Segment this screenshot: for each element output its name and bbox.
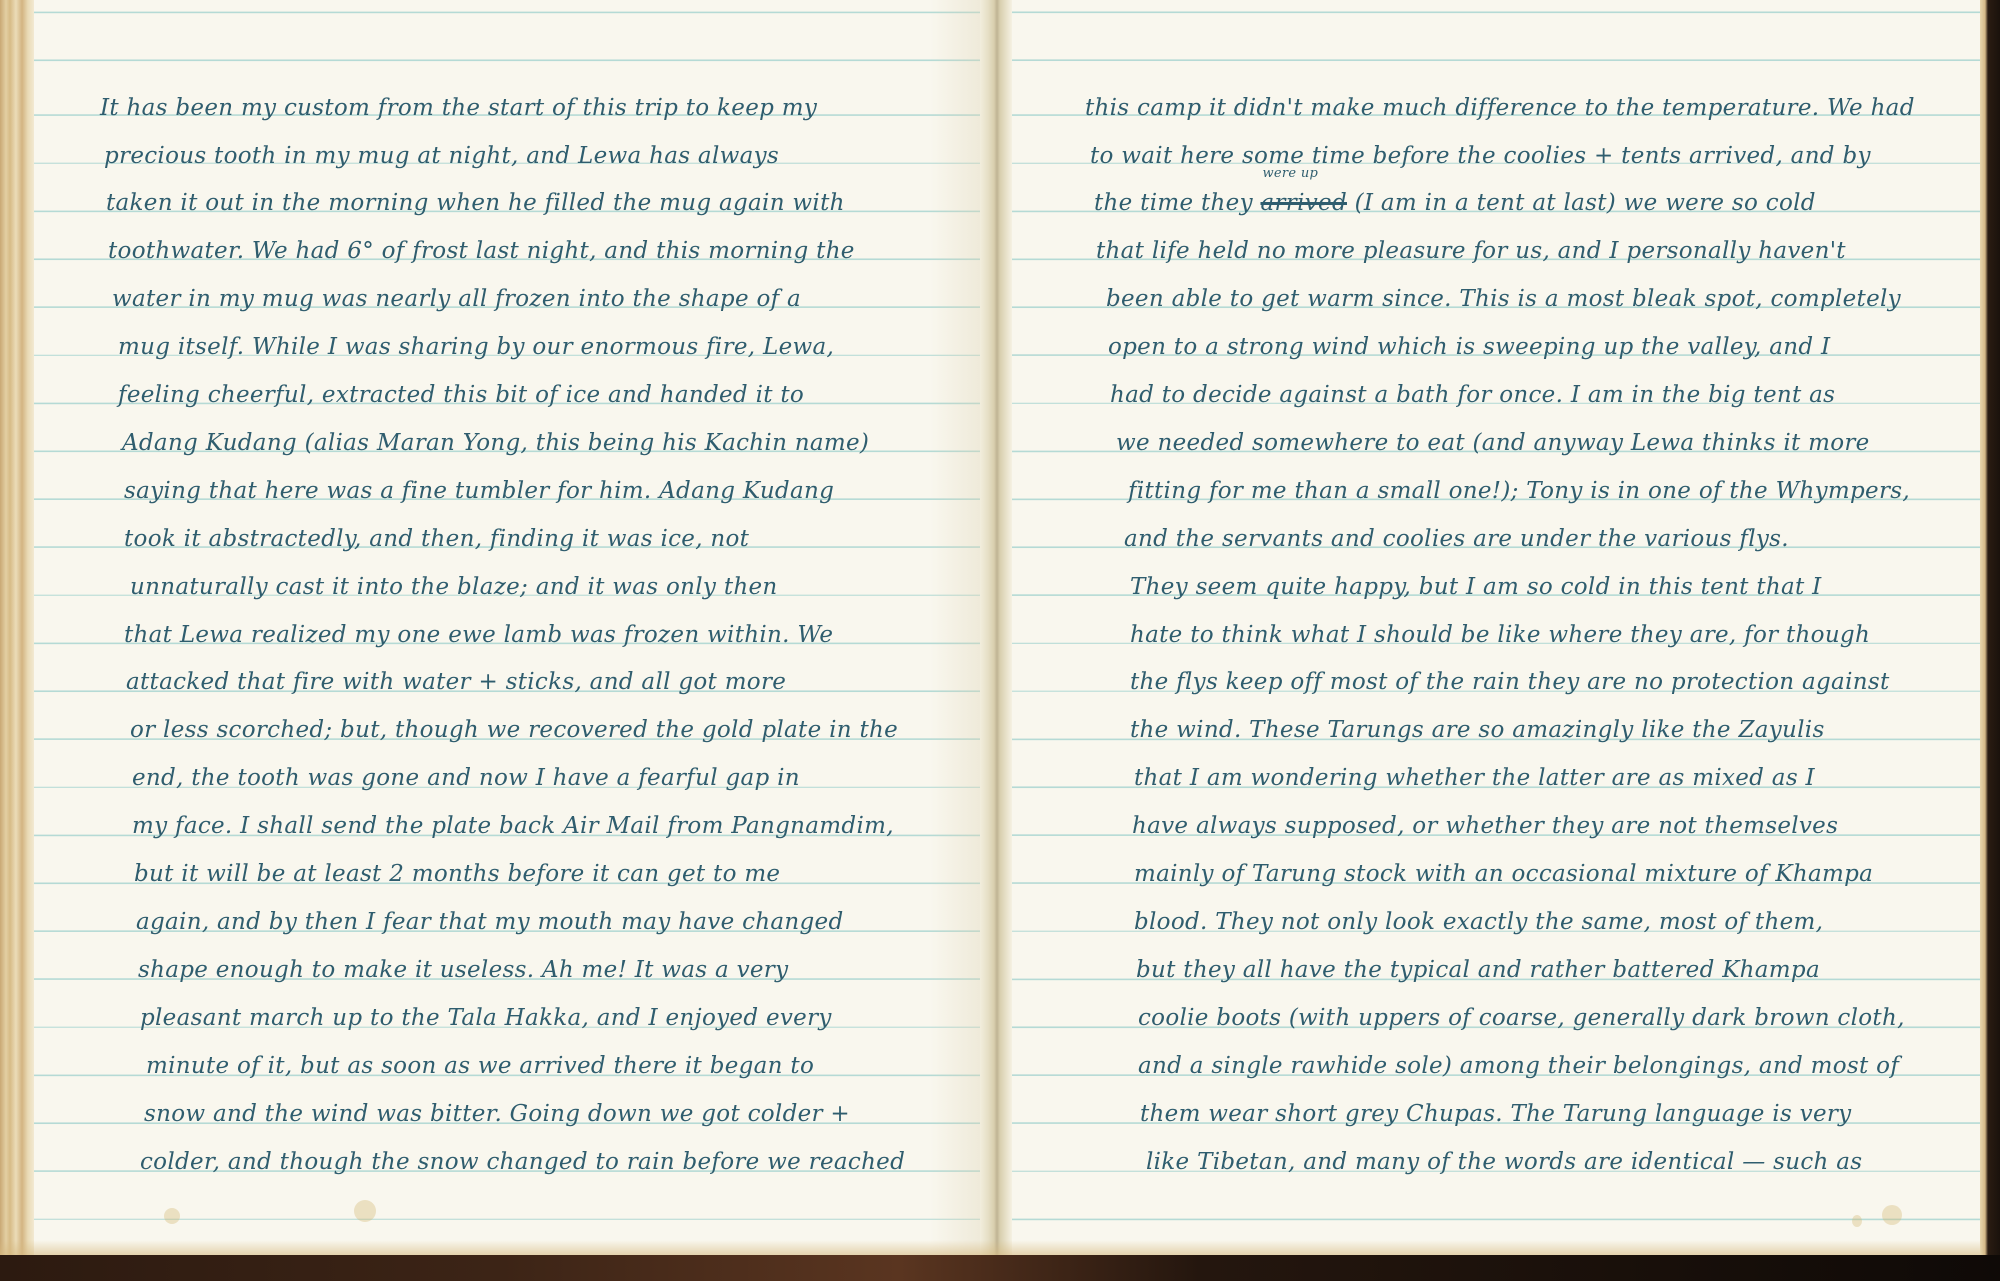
text-line: end, the tooth was gone and now I have a…	[132, 758, 800, 798]
text-line-with-correction: the time they were uparrived (I am in a …	[1094, 183, 1816, 223]
text-line: and the servants and coolies are under t…	[1124, 519, 1789, 559]
text-line: feeling cheerful, extracted this bit of …	[118, 375, 804, 415]
notebook-spread: It has been my custom from the start of …	[0, 0, 2000, 1255]
text-line: hate to think what I should be like wher…	[1130, 615, 1870, 655]
text-line: have always supposed, or whether they ar…	[1132, 806, 1838, 846]
stain	[1852, 1215, 1862, 1227]
text-line: saying that here was a fine tumbler for …	[124, 471, 834, 511]
text-line: but they all have the typical and rather…	[1136, 950, 1820, 990]
text-line: toothwater. We had 6° of frost last nigh…	[108, 231, 855, 271]
text-line: to wait here some time before the coolie…	[1090, 136, 1871, 176]
correction: were uparrived	[1260, 183, 1347, 223]
text-segment: the time they	[1094, 190, 1260, 216]
text-line: that life held no more pleasure for us, …	[1096, 231, 1846, 271]
text-line: unnaturally cast it into the blaze; and …	[130, 567, 778, 607]
text-line: or less scorched; but, though we recover…	[130, 710, 898, 750]
text-line: that Lewa realized my one ewe lamb was f…	[124, 615, 833, 655]
text-line: that I am wondering whether the latter a…	[1134, 758, 1815, 798]
text-line: taken it out in the morning when he fill…	[106, 183, 845, 223]
inserted-words: were up	[1262, 167, 1318, 181]
text-line: coolie boots (with uppers of coarse, gen…	[1138, 998, 1905, 1038]
text-line: my face. I shall send the plate back Air…	[132, 806, 894, 846]
text-line: like Tibetan, and many of the words are …	[1146, 1142, 1862, 1182]
text-line: shape enough to make it useless. Ah me! …	[138, 950, 788, 990]
text-line: snow and the wind was bitter. Going down…	[144, 1094, 850, 1134]
text-line: water in my mug was nearly all frozen in…	[112, 279, 801, 319]
text-line: mug itself. While I was sharing by our e…	[118, 327, 834, 367]
page-edges-left	[0, 0, 34, 1255]
text-line: the wind. These Tarungs are so amazingly…	[1130, 710, 1825, 750]
text-line: attacked that fire with water + sticks, …	[126, 662, 786, 702]
text-line: we needed somewhere to eat (and anyway L…	[1116, 423, 1870, 463]
page-bottom-edge	[0, 1240, 1980, 1255]
book-gutter	[980, 0, 1012, 1255]
text-line: and a single rawhide sole) among their b…	[1138, 1046, 1899, 1086]
text-line: been able to get warm since. This is a m…	[1106, 279, 1901, 319]
text-line: open to a strong wind which is sweeping …	[1108, 327, 1830, 367]
text-line: again, and by then I fear that my mouth …	[136, 902, 843, 942]
text-line: this camp it didn't make much difference…	[1085, 88, 1915, 128]
text-line: colder, and though the snow changed to r…	[140, 1142, 905, 1182]
text-line: had to decide against a bath for once. I…	[1110, 375, 1835, 415]
text-line: It has been my custom from the start of …	[100, 88, 817, 128]
text-line: They seem quite happy, but I am so cold …	[1130, 567, 1822, 607]
text-line: minute of it, but as soon as we arrived …	[146, 1046, 814, 1086]
stain	[354, 1200, 376, 1222]
gutter-shadow	[930, 0, 980, 1255]
page-edge-right	[1980, 0, 2000, 1255]
book-cover-bottom	[0, 1255, 2000, 1281]
text-line: took it abstractedly, and then, finding …	[124, 519, 749, 559]
text-line: fitting for me than a small one!); Tony …	[1128, 471, 1910, 511]
text-line: but it will be at least 2 months before …	[134, 854, 780, 894]
text-segment: (I am in a tent at last) we were so cold	[1347, 190, 1816, 216]
stain	[164, 1208, 180, 1224]
text-line: pleasant march up to the Tala Hakka, and…	[140, 998, 832, 1038]
text-line: precious tooth in my mug at night, and L…	[104, 136, 779, 176]
text-line: mainly of Tarung stock with an occasiona…	[1134, 854, 1873, 894]
text-line: blood. They not only look exactly the sa…	[1134, 902, 1823, 942]
text-line: them wear short grey Chupas. The Tarung …	[1140, 1094, 1851, 1134]
struck-word: arrived	[1260, 190, 1347, 216]
stain	[1882, 1205, 1902, 1225]
text-line: the flys keep off most of the rain they …	[1130, 662, 1890, 702]
text-line: Adang Kudang (alias Maran Yong, this bei…	[122, 423, 869, 463]
